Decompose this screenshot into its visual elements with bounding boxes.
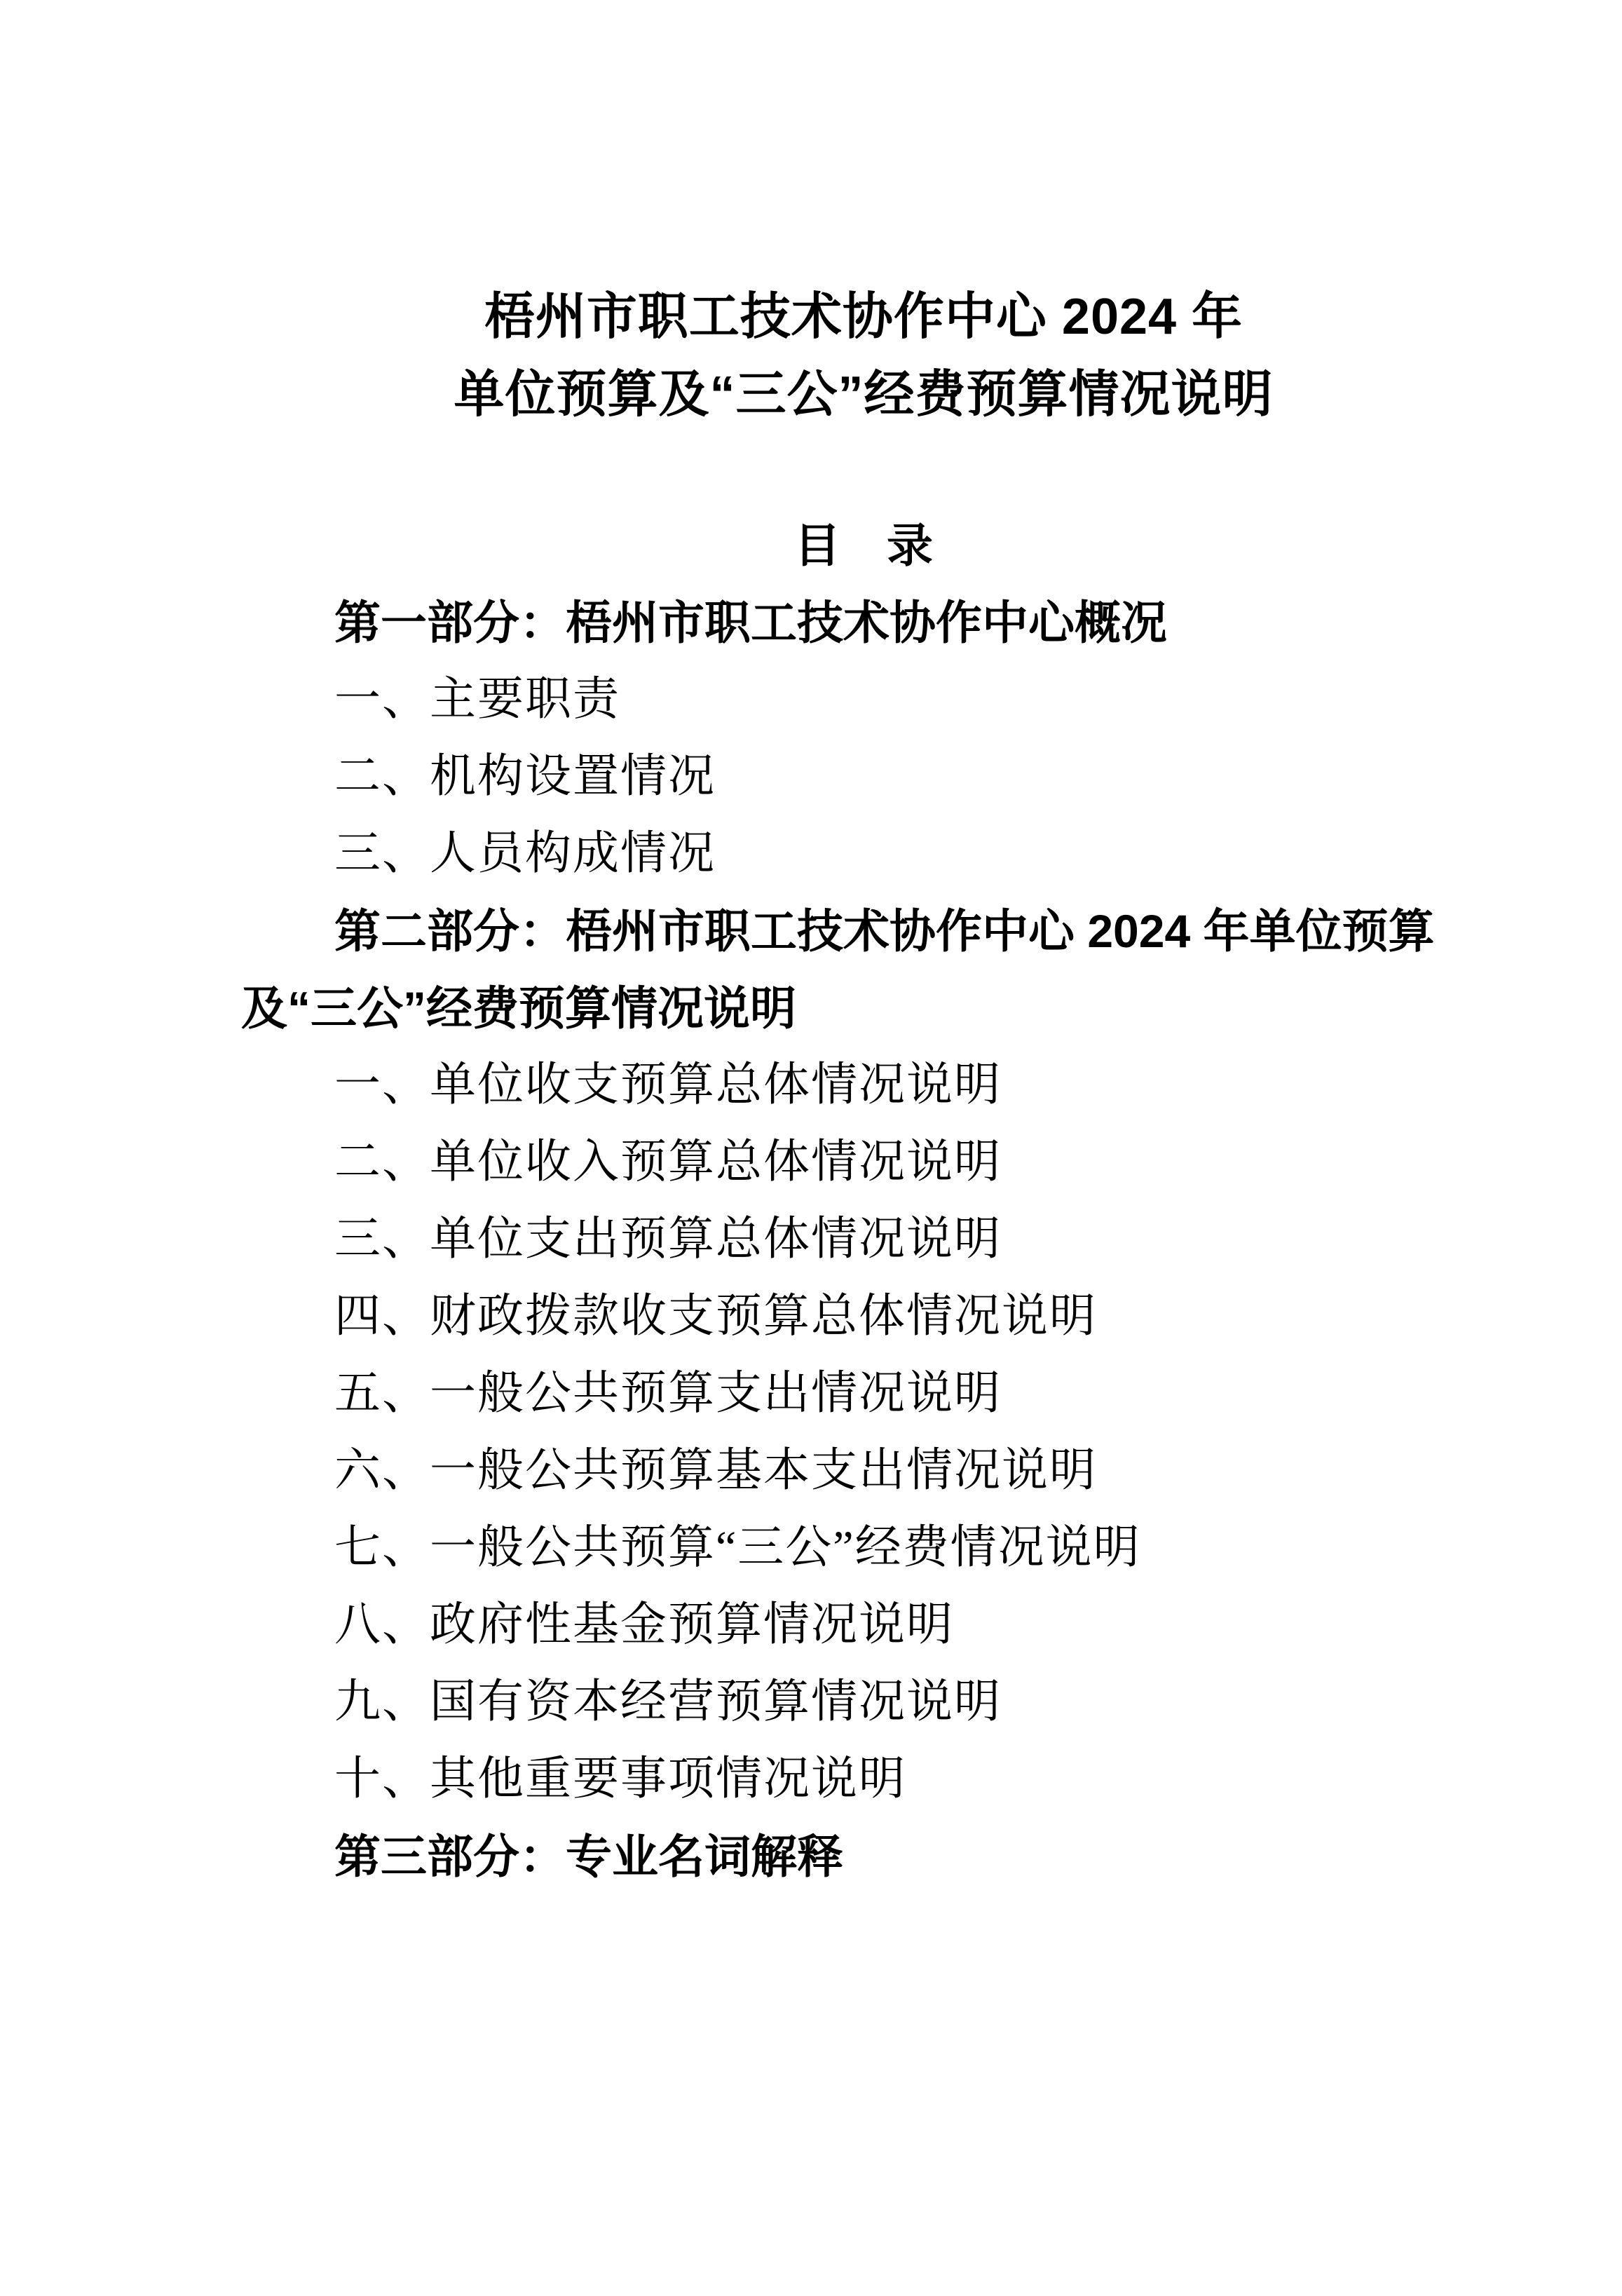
toc-part1-item-3: 三、人员构成情况 — [241, 815, 1381, 892]
toc-part2-item-6: 六、一般公共预算基本支出情况说明 — [241, 1432, 1381, 1509]
toc-part2-item-5: 五、一般公共预算支出情况说明 — [241, 1355, 1381, 1432]
document-title: 梧州市职工技术协作中心 2024 年 单位预算及“三公”经费预算情况说明 — [241, 0, 1381, 434]
toc-part2-item-3: 三、单位支出预算总体情况说明 — [241, 1201, 1381, 1278]
toc-part2-heading-line1: 第二部分：梧州市职工技术协作中心 2024 年单位预算 — [241, 892, 1381, 970]
toc-part2-item-1: 一、单位收支预算总体情况说明 — [241, 1047, 1381, 1124]
table-of-contents: 第一部分：梧州市职工技术协作中心概况 一、主要职责 二、机构设置情况 三、人员构… — [241, 584, 1381, 1895]
toc-part2-item-2: 二、单位收入预算总体情况说明 — [241, 1124, 1381, 1201]
toc-part1-item-1: 一、主要职责 — [241, 661, 1381, 738]
toc-part2-item-8: 八、政府性基金预算情况说明 — [241, 1587, 1381, 1664]
toc-part2-item-10: 十、其他重要事项情况说明 — [241, 1741, 1381, 1818]
toc-part2-item-9: 九、国有资本经营预算情况说明 — [241, 1664, 1381, 1741]
toc-part3-heading: 第三部分：专业名词解释 — [241, 1818, 1381, 1895]
document-title-line1: 梧州市职工技术协作中心 2024 年 — [346, 278, 1381, 356]
document-title-line2: 单位预算及“三公”经费预算情况说明 — [346, 356, 1381, 434]
toc-part2-item-7: 七、一般公共预算“三公”经费情况说明 — [241, 1509, 1381, 1587]
toc-part1-item-2: 二、机构设置情况 — [241, 738, 1381, 815]
page-content: 梧州市职工技术协作中心 2024 年 单位预算及“三公”经费预算情况说明 目 录… — [0, 0, 1622, 1895]
toc-heading: 目 录 — [241, 507, 1381, 584]
toc-part2-item-4: 四、财政拨款收支预算总体情况说明 — [241, 1278, 1381, 1355]
toc-part2-heading-line2: 及“三公”经费预算情况说明 — [241, 970, 1381, 1047]
document-page: 梧州市职工技术协作中心 2024 年 单位预算及“三公”经费预算情况说明 目 录… — [0, 0, 1622, 2296]
toc-part1-heading: 第一部分：梧州市职工技术协作中心概况 — [241, 584, 1381, 661]
